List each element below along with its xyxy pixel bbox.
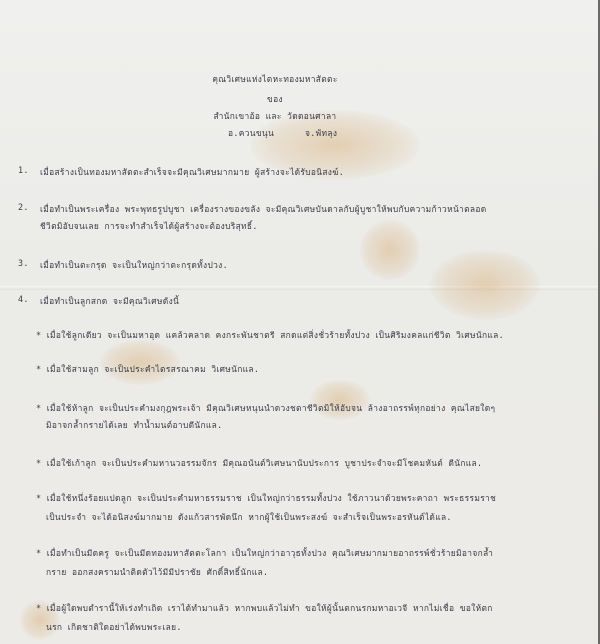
item-text: เมื่อทำเป็นตะกรุด จะเป็นใหญ่กว่าตะกรุดทั… [40, 258, 228, 272]
sub-item-text: * เมื่อผู้ใดพบตำรานี้ให้เร่งทำเถิด เราได… [36, 601, 493, 615]
sub-item-text: มิอาจกล้ำกรายได้เลย ทำน้ำมนต์อาบดีนักแล. [46, 418, 223, 432]
stain-mark [360, 220, 420, 280]
sub-item-text: นรก เกิดชาติใดอย่าได้พบพระเลย. [46, 620, 182, 634]
sub-item-text: * เมื่อทำเป็นมีดครู จะเป็นมีดทองมหาสัตตะ… [36, 546, 493, 560]
sub-item-text: * เมื่อใช้เก้าลูก จะเป็นประคำมหานวอรรมจั… [36, 456, 482, 470]
sub-item-text: กราย ออกสงครามนำติดตัวไว้มีมีปราชัย ศักด… [46, 565, 268, 579]
sub-item-text: * เมื่อใช้ลูกเดียว จะเป็นมหาอุด แคล้วคลา… [36, 328, 504, 342]
item-text: เมื่อทำเป็นลูกสกด จะมีคุณวิเศษดังนี้ [40, 294, 179, 308]
stain-mark [430, 250, 540, 320]
sub-item-text: * เมื่อใช้ห้าลูก จะเป็นประคำมงกุฎพระเจ้า… [36, 401, 495, 415]
item-number: 2. [18, 202, 29, 212]
document-subtitle-of: ของ [150, 92, 400, 106]
item-number: 3. [18, 258, 29, 268]
sub-item-text: * เมื่อใช้สามลูก จะเป็นประคำไตรสรณาคม วิ… [36, 362, 259, 376]
location-district: อ.ควนขนุน [228, 126, 274, 140]
item-number: 1. [18, 165, 29, 175]
item-number: 4. [18, 294, 29, 304]
sub-item-text: เป็นประจำ จะได้อนิสงฆ์มากมาย ดังแก้วสารพ… [46, 510, 452, 524]
location-province: จ.พัทลุง [305, 126, 337, 140]
item-text: เมื่อสร้างเป็นทองมหาสัตตะสำเร็จจะมีคุณวิ… [40, 165, 344, 179]
document-title: คุณวิเศษแห่งไตหะทองมหาสัตตะ [150, 72, 400, 86]
item-text: เมื่อทำเป็นพระเครื่อง พระพุทธรูปบูชา เคร… [40, 202, 487, 216]
sub-item-text: * เมื่อใช้หนึ่งร้อยแปดลูก จะเป็นประคำมหา… [36, 491, 496, 505]
temple-names: สำนักเขาอ้อ และ วัดดอนศาลา [150, 109, 400, 123]
item-text: ชีวิตมิอับจนเลย การจะทำสำเร็จได้ผู้สร้าง… [40, 219, 258, 233]
